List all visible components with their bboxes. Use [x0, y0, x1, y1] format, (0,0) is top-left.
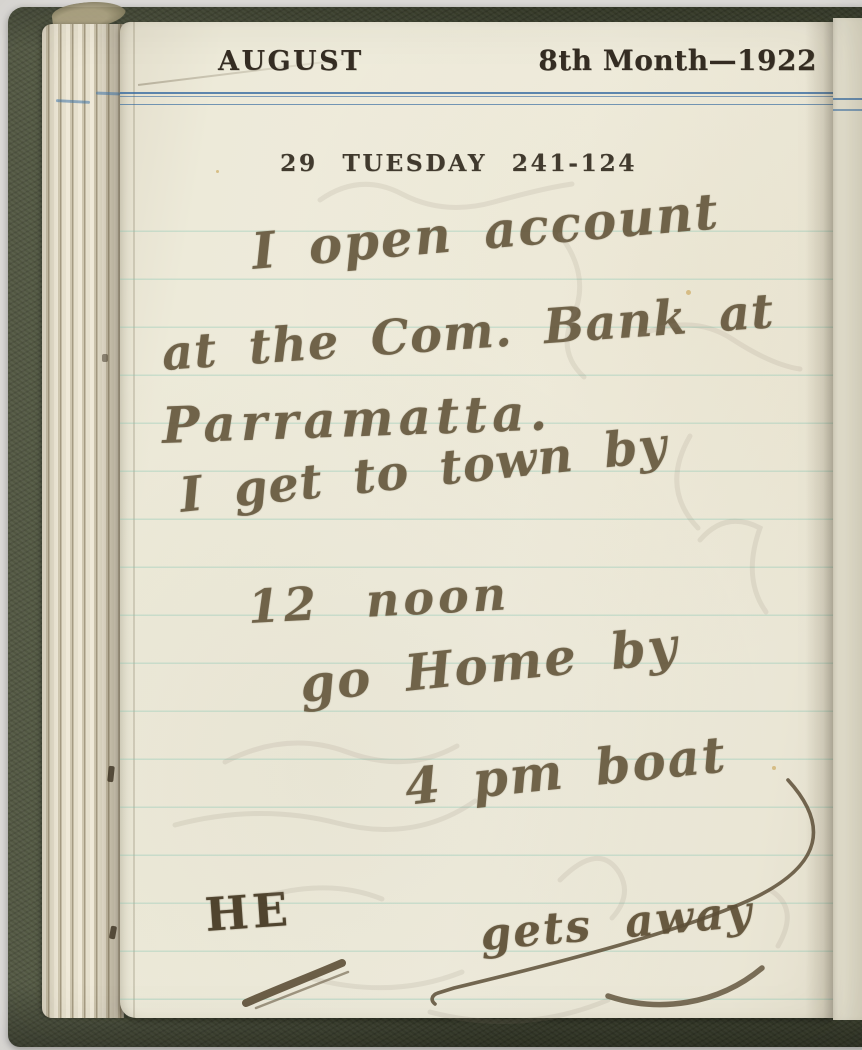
- binding-mark: [102, 354, 108, 362]
- day-of-year-numbers: 241-124: [512, 149, 637, 177]
- binding-mark: [107, 766, 115, 783]
- page-stack-edges: [42, 24, 124, 1018]
- initials-he: HE: [203, 882, 293, 942]
- age-spot: [772, 766, 776, 770]
- diary-photo: AUGUST 8th Month—1922 29 TUESDAY 241-124…: [0, 0, 862, 1050]
- diary-page: AUGUST 8th Month—1922 29 TUESDAY 241-124…: [120, 22, 833, 1018]
- stack-blue-rule-fragment: [56, 99, 90, 104]
- weekday: TUESDAY: [342, 149, 487, 177]
- header-rule: [120, 92, 833, 108]
- binding-mark: [109, 926, 117, 940]
- next-page-sliver: [833, 18, 862, 1020]
- stack-blue-rule-fragment: [96, 92, 120, 96]
- date-heading: 29 TUESDAY 241-124: [280, 149, 637, 177]
- printed-header: AUGUST 8th Month—1922: [120, 46, 833, 78]
- day-number: 29: [280, 149, 318, 177]
- month-title: AUGUST: [218, 46, 364, 77]
- month-number-year: 8th Month—1922: [538, 44, 817, 77]
- age-spot: [216, 170, 219, 173]
